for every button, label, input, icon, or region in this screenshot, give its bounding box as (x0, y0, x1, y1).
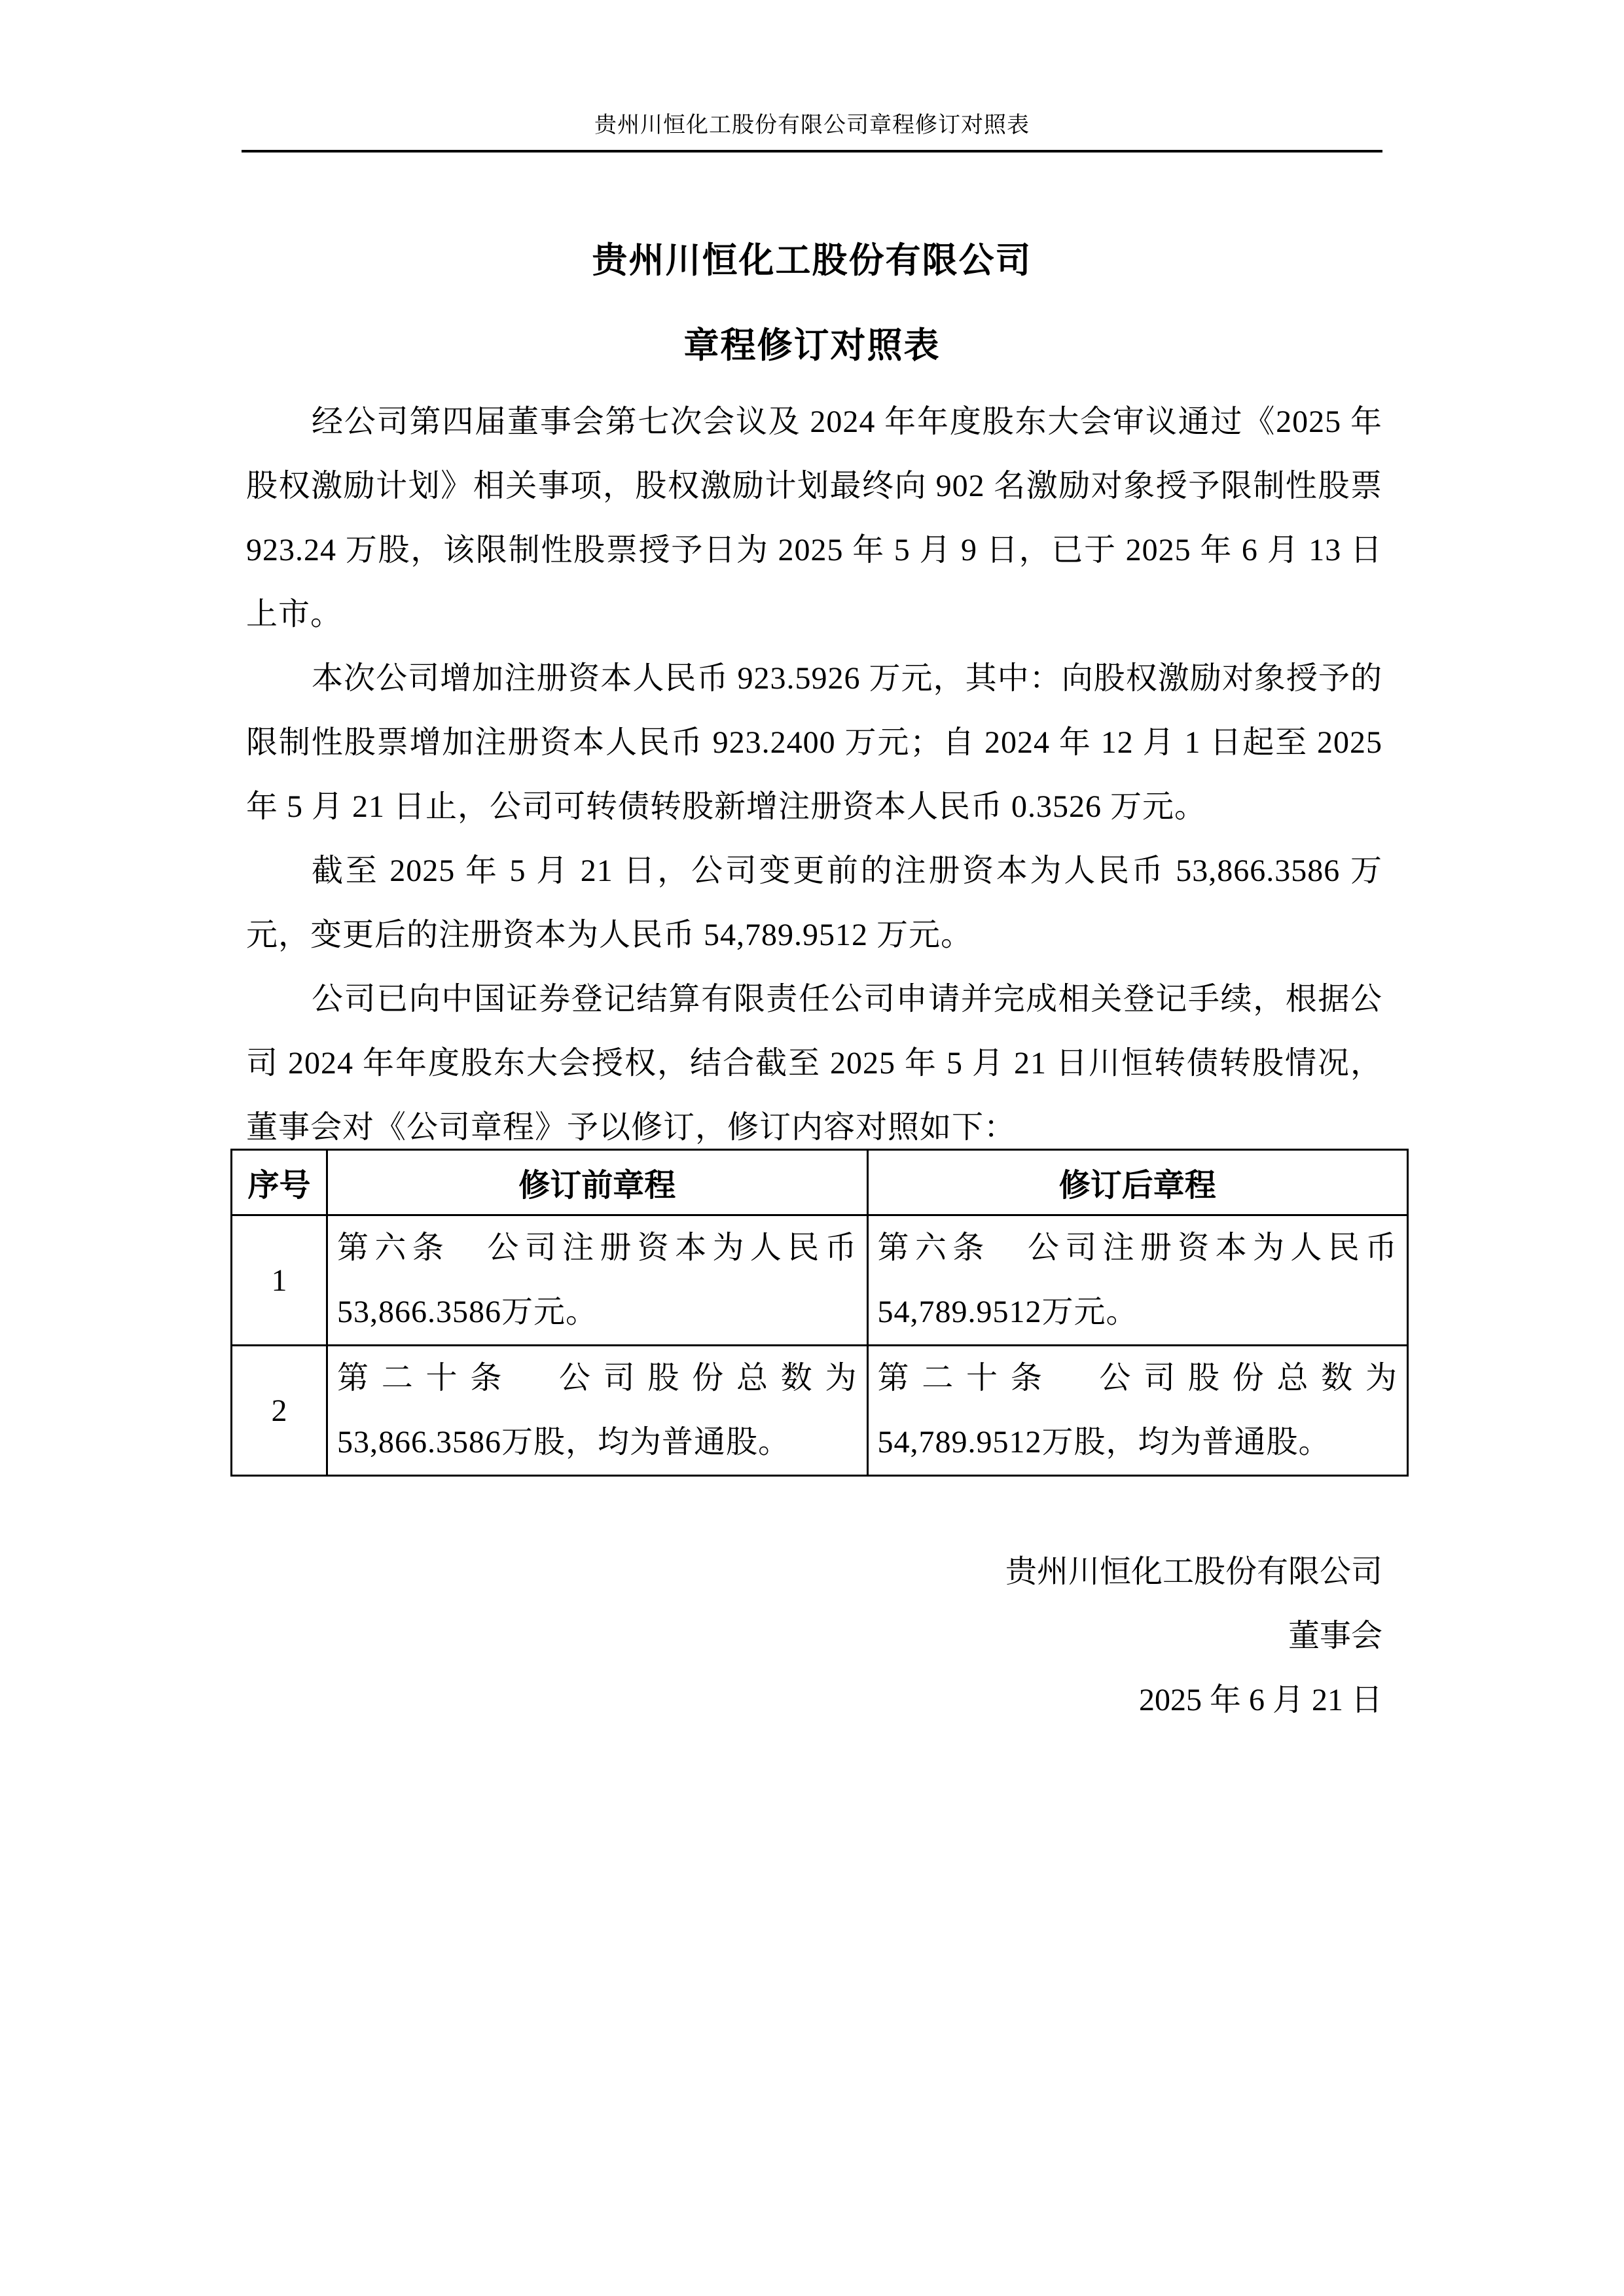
table-row: 1 第六条 公司注册资本为人民币53,866.3586万元。 第六条 公司注册资… (232, 1215, 1408, 1346)
header-no: 序号 (232, 1150, 327, 1215)
revision-table: 序号 修订前章程 修订后章程 1 第六条 公司注册资本为人民币53,866.35… (230, 1149, 1409, 1477)
paragraph-3: 截至 2025 年 5 月 21 日，公司变更前的注册资本为人民币 53,866… (246, 839, 1382, 967)
table-header-row: 序号 修订前章程 修订后章程 (232, 1150, 1408, 1215)
cell-before: 第六条 公司注册资本为人民币53,866.3586万元。 (327, 1215, 868, 1346)
header-rule (242, 150, 1382, 152)
cell-before: 第二十条 公司股份总数为53,866.3586万股，均为普通股。 (327, 1346, 868, 1476)
table-row: 2 第二十条 公司股份总数为53,866.3586万股，均为普通股。 第二十条 … (232, 1346, 1408, 1476)
paragraph-2: 本次公司增加注册资本人民币 923.5926 万元，其中：向股权激励对象授予的限… (246, 647, 1382, 839)
signature-board: 董事会 (1288, 1610, 1382, 1655)
signature-date: 2025 年 6 月 21 日 (1139, 1674, 1382, 1719)
paragraph-4: 公司已向中国证券登记结算有限责任公司申请并完成相关登记手续，根据公司 2024 … (246, 967, 1382, 1160)
body-text: 经公司第四届董事会第七次会议及 2024 年年度股东大会审议通过《2025 年股… (246, 390, 1382, 1160)
running-header: 贵州川恒化工股份有限公司章程修订对照表 (242, 111, 1382, 140)
cell-after: 第二十条 公司股份总数为54,789.9512万股，均为普通股。 (867, 1346, 1408, 1476)
signature-company: 贵州川恒化工股份有限公司 (1005, 1546, 1382, 1591)
header-before: 修订前章程 (327, 1150, 868, 1215)
header-after: 修订后章程 (867, 1150, 1408, 1215)
row-number: 2 (232, 1346, 327, 1476)
document-subtitle: 章程修订对照表 (242, 317, 1382, 368)
document-title: 贵州川恒化工股份有限公司 (242, 232, 1382, 283)
cell-after: 第六条 公司注册资本为人民币54,789.9512万元。 (867, 1215, 1408, 1346)
row-number: 1 (232, 1215, 327, 1346)
paragraph-1: 经公司第四届董事会第七次会议及 2024 年年度股东大会审议通过《2025 年股… (246, 390, 1382, 647)
